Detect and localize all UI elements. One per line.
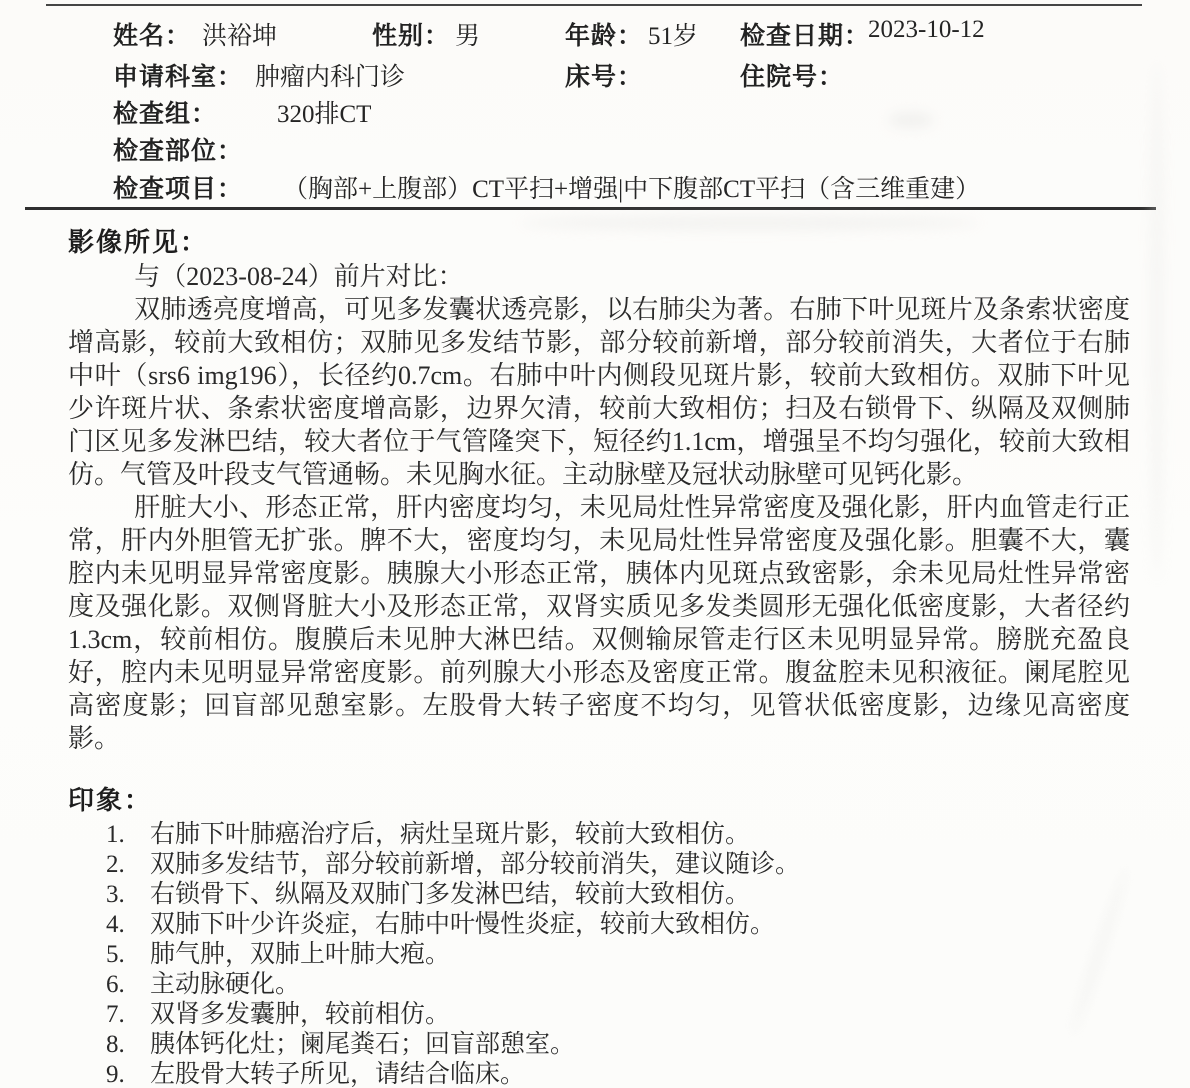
section-divider <box>25 207 1156 210</box>
exam-group-value: 320排CT <box>277 94 371 130</box>
impression-item-number: 7. <box>106 1000 150 1030</box>
exam-date-value: 2023-10-12 <box>868 16 985 44</box>
impression-title: 印象： <box>68 784 1130 818</box>
department-label: 申请科室： <box>113 57 243 93</box>
ct-report-page: 姓名： 洪裕坤 性别： 男 年龄： 51岁 检查日期： 2023-10-12 申… <box>0 0 1190 1088</box>
impression-item-number: 2. <box>106 850 150 880</box>
patient-info-header: 姓名： 洪裕坤 性别： 男 年龄： 51岁 检查日期： 2023-10-12 申… <box>0 0 1190 206</box>
impression-item-text: 双肾多发囊肿，较前相仿。 <box>150 1000 1130 1030</box>
impression-item: 8. 胰体钙化灶；阑尾粪石；回盲部憩室。 <box>68 1030 1130 1060</box>
impression-item: 7. 双肾多发囊肿，较前相仿。 <box>68 1000 1130 1030</box>
findings-paragraph: 双肺透亮度增高，可见多发囊状透亮影，以右肺尖为著。右肺下叶见斑片及条索状密度增高… <box>68 293 1130 491</box>
exam-date-label: 检查日期： <box>740 16 870 52</box>
impression-item-text: 胰体钙化灶；阑尾粪石；回盲部憩室。 <box>150 1030 1130 1060</box>
impression-item-text: 双肺下叶少许炎症，右肺中叶慢性炎症，较前大致相仿。 <box>150 910 1130 940</box>
impression-item-text: 右肺下叶肺癌治疗后，病灶呈斑片影，较前大致相仿。 <box>150 820 1130 850</box>
impression-item-number: 4. <box>106 910 150 940</box>
findings-paragraph: 与（2023-08-24）前片对比： <box>68 260 1130 293</box>
gender-label: 性别： <box>372 16 450 52</box>
impression-item-number: 8. <box>106 1030 150 1060</box>
impression-item-number: 3. <box>106 880 150 910</box>
findings-paragraph: 肝脏大小、形态正常，肝内密度均匀，未见局灶性异常密度及强化影，肝内血管走行正常，… <box>68 491 1130 755</box>
exam-items-label: 检查项目： <box>113 169 243 205</box>
impression-item-number: 5. <box>106 940 150 970</box>
impression-item-number: 9. <box>106 1060 150 1088</box>
impression-item: 3. 右锁骨下、纵隔及双肺门多发淋巴结，较前大致相仿。 <box>68 880 1130 910</box>
admission-no-label: 住院号： <box>740 57 844 93</box>
impression-item: 4. 双肺下叶少许炎症，右肺中叶慢性炎症，较前大致相仿。 <box>68 910 1130 940</box>
impression-list: 1. 右肺下叶肺癌治疗后，病灶呈斑片影，较前大致相仿。 2. 双肺多发结节，部分… <box>68 820 1130 1088</box>
exam-items-value: （胸部+上腹部）CT平扫+增强|中下腹部CT平扫（含三维重建） <box>283 169 980 205</box>
department-value: 肿瘤内科门诊 <box>255 57 405 93</box>
impression-item-text: 右锁骨下、纵隔及双肺门多发淋巴结，较前大致相仿。 <box>150 880 1130 910</box>
name-label: 姓名： <box>113 16 191 52</box>
impression-item-text: 左股骨大转子所见，请结合临床。 <box>150 1060 1130 1088</box>
bed-no-label: 床号： <box>565 57 643 93</box>
age-value: 51岁 <box>648 16 698 52</box>
impression-item: 1. 右肺下叶肺癌治疗后，病灶呈斑片影，较前大致相仿。 <box>68 820 1130 850</box>
exam-group-label: 检查组： <box>113 94 217 130</box>
impression-item-text: 肺气肿，双肺上叶肺大疱。 <box>150 940 1130 970</box>
findings-section: 影像所见： 与（2023-08-24）前片对比： 双肺透亮度增高，可见多发囊状透… <box>68 226 1130 755</box>
exam-region-label: 检查部位： <box>113 131 243 167</box>
impression-item: 5. 肺气肿，双肺上叶肺大疱。 <box>68 940 1130 970</box>
impression-item-number: 1. <box>106 820 150 850</box>
impression-item-number: 6. <box>106 970 150 1000</box>
impression-item-text: 主动脉硬化。 <box>150 970 1130 1000</box>
impression-item: 9. 左股骨大转子所见，请结合临床。 <box>68 1060 1130 1088</box>
impression-section: 印象： 1. 右肺下叶肺癌治疗后，病灶呈斑片影，较前大致相仿。 2. 双肺多发结… <box>68 784 1130 1088</box>
age-label: 年龄： <box>565 16 643 52</box>
gender-value: 男 <box>455 16 480 52</box>
findings-title: 影像所见： <box>68 226 1130 260</box>
impression-item: 6. 主动脉硬化。 <box>68 970 1130 1000</box>
impression-item: 2. 双肺多发结节，部分较前新增，部分较前消失，建议随诊。 <box>68 850 1130 880</box>
name-value: 洪裕坤 <box>202 16 277 52</box>
impression-item-text: 双肺多发结节，部分较前新增，部分较前消失，建议随诊。 <box>150 850 1130 880</box>
